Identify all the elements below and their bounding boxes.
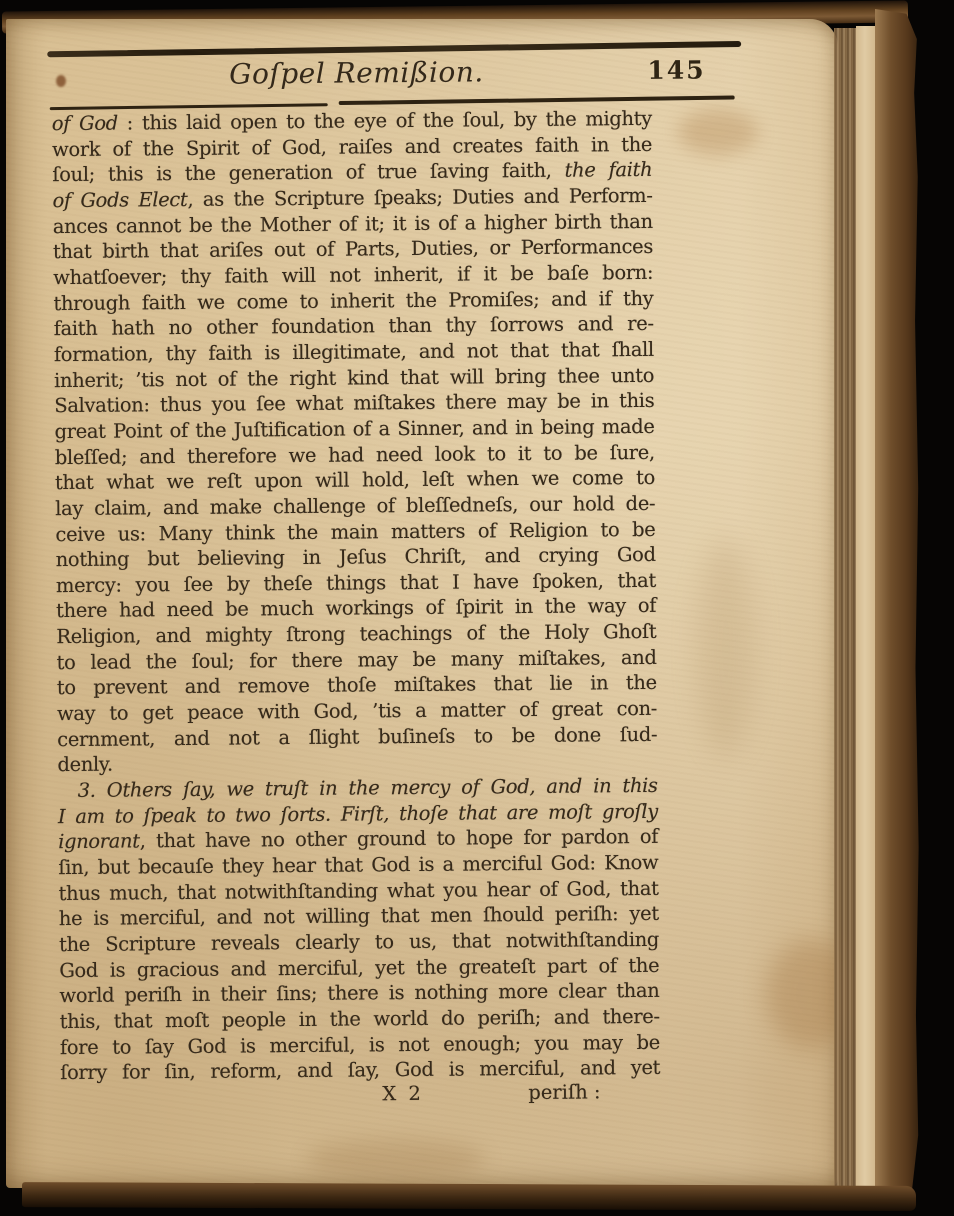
text-segment: world periſh in their ſins; there is not… bbox=[59, 979, 659, 1007]
text-segment: to lead the ſoul; for there may be many … bbox=[56, 646, 656, 674]
printed-area: Goſpel Remißion. 145 of God : this laid … bbox=[5, 12, 847, 1188]
text-segment: bleſſed; and therefore we had need look … bbox=[55, 440, 655, 468]
text-segment: nothing but believing in Jeſus Chriſt, a… bbox=[56, 543, 656, 571]
underlying-page-edge bbox=[856, 26, 878, 1186]
text-segment: great Point of the Juſtification of a Si… bbox=[54, 415, 654, 443]
text-segment: formation, thy faith is illegitimate, an… bbox=[54, 338, 654, 366]
book-cover-bottom-edge bbox=[22, 1182, 916, 1211]
catchword: periſh : bbox=[528, 1080, 600, 1104]
text-segment: that what we reſt upon will hold, leſt w… bbox=[55, 466, 655, 494]
italic-text-segment: ignorant bbox=[58, 830, 140, 854]
text-segment: work of the Spirit of God, raiſes and cr… bbox=[52, 133, 652, 161]
text-segment: God is gracious and merciful, yet the gr… bbox=[59, 954, 659, 982]
text-segment: ceive us: Many think the main matters of… bbox=[55, 517, 655, 545]
text-segment: thus much, that notwithſtanding what you… bbox=[58, 877, 658, 905]
text-segment: denly. bbox=[57, 753, 113, 776]
text-segment: whatſoever; thy faith will not inherit, … bbox=[53, 261, 653, 289]
text-segment: ſoul; this is the generation of true ſav… bbox=[52, 159, 565, 186]
text-segment: way to get peace with God, ’tis a matter… bbox=[57, 697, 657, 725]
page-number: 145 bbox=[647, 55, 707, 85]
text-segment: Salvation: thus you ſee what miſtakes th… bbox=[54, 389, 654, 417]
italic-text-segment: 3. Others ſay, we truſt in the mercy of … bbox=[78, 774, 658, 802]
text-segment: fore to ſay God is merciful, is not enou… bbox=[60, 1030, 660, 1058]
book-page: Goſpel Remißion. 145 of God : this laid … bbox=[6, 19, 838, 1188]
italic-text-segment: I am to ſpeak to two ſorts. Firſt, thoſe… bbox=[58, 800, 658, 828]
text-segment: this, that moſt people in the world do p… bbox=[60, 1005, 660, 1033]
text-segment: ances cannot be the Mother of it; it is … bbox=[53, 210, 653, 238]
text-segment: faith hath no other foundation than thy … bbox=[54, 312, 654, 340]
text-segment: mercy: you ſee by theſe things that I ha… bbox=[56, 569, 656, 597]
text-segment: ſin, but becauſe they hear that God is a… bbox=[58, 851, 658, 879]
running-title: Goſpel Remißion. bbox=[180, 55, 532, 91]
text-segment: that birth that ariſes out of Parts, Dut… bbox=[53, 235, 653, 263]
book-cover-right-edge bbox=[875, 9, 920, 1207]
italic-text-segment: of Gods Elect bbox=[52, 188, 187, 212]
body-text: of God : this laid open to the eye of th… bbox=[52, 106, 660, 1086]
signature-mark: X 2 bbox=[382, 1082, 424, 1105]
text-segment: to prevent and remove thoſe miſtakes tha… bbox=[57, 671, 657, 699]
text-segment: , that have no other ground to hope for … bbox=[140, 825, 659, 853]
text-segment: the Scripture reveals clearly to us, tha… bbox=[59, 928, 659, 956]
text-segment: Religion, and mighty ſtrong teachings of… bbox=[56, 620, 656, 648]
text-segment: through faith we come to inherit the Pro… bbox=[53, 286, 653, 314]
italic-text-segment: of God bbox=[52, 112, 118, 136]
scanned-book-photo: Goſpel Remißion. 145 of God : this laid … bbox=[0, 0, 954, 1216]
text-segment: , as the Scripture ſpeaks; Duties and Pe… bbox=[187, 184, 652, 211]
italic-text-segment: the faith bbox=[565, 158, 653, 182]
page-footer: X 2 periſh : bbox=[60, 1080, 660, 1111]
text-segment: cernment, and not a ſlight buſineſs to b… bbox=[57, 723, 657, 751]
text-segment: inherit; ’tis not of the right kind that… bbox=[54, 363, 654, 391]
text-segment: he is merciful, and not willing that men… bbox=[59, 902, 659, 930]
text-segment: lay claim, and make challenge of bleſſed… bbox=[55, 492, 655, 520]
text-segment: there had need be much workings of ſpiri… bbox=[56, 594, 656, 622]
text-segment: : this laid open to the eye of the ſoul,… bbox=[118, 107, 652, 135]
